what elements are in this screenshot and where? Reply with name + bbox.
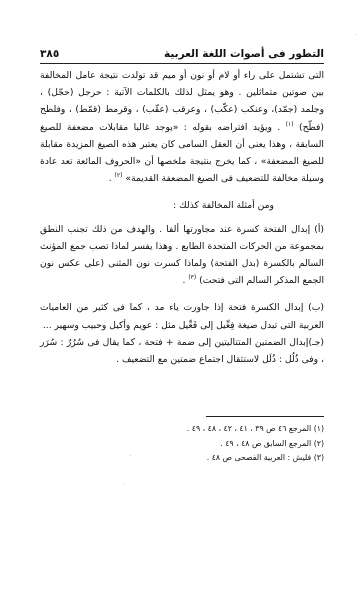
footnote-divider	[206, 416, 324, 417]
running-header: التطور فى أصوات اللغة العربية ٣٨٥	[40, 42, 324, 60]
example-jim: (جـ)إبدال الضمتين المتتاليتين إلى ضمة + …	[40, 334, 324, 368]
example-text: إبدال الضمتين المتتاليتين إلى ضمة + فتحة…	[40, 337, 324, 365]
footnote-3: (٣) فليش : العربية الفصحى ص ٤٨ .	[140, 451, 324, 466]
example-alif: (أ) إبدال الفتحة كسرة عند مجاورتها ألفا …	[40, 221, 324, 290]
header-divider	[40, 63, 324, 64]
scan-speck	[124, 483, 125, 484]
example-label: (ب)	[308, 302, 324, 313]
examples-intro: ومن أمثلة المخالفة كذلك :	[40, 197, 324, 214]
example-text: إبدال الكسرة فتحة إذا جاورت ياء مد ، كما…	[40, 302, 324, 330]
running-header-title: التطور فى أصوات اللغة العربية	[164, 48, 324, 60]
footnote-ref-1: (١)	[286, 121, 294, 128]
footnote-ref-2: (٢)	[115, 172, 123, 179]
paragraph-text-cont: . ويؤيد افتراضه بقوله : «يوجد غالبا مقاب…	[40, 122, 324, 185]
example-label: (أ)	[314, 224, 324, 235]
body-text: التى تشتمل على راء أو لام أو نون أو ميم …	[40, 67, 324, 368]
footnote-ref-3: (٣)	[188, 274, 196, 281]
page-number: ٣٨٥	[40, 48, 59, 60]
scan-speck	[356, 34, 357, 35]
book-page: التطور فى أصوات اللغة العربية ٣٨٥ التى ت…	[0, 0, 364, 599]
scan-speck	[130, 455, 131, 456]
footnote-2: (٢) المرجع السابق ص ٤٨ ، ٤٩ .	[140, 437, 324, 452]
footnotes: (١) المرجع ٤٦ ص ٣٩ ، ٤١ ، ٤٢ ، ٤٨ ، ٤٩ .…	[140, 422, 324, 466]
paragraph-mukhalafa: التى تشتمل على راء أو لام أو نون أو ميم …	[40, 67, 324, 187]
example-label: (جـ)	[308, 337, 324, 348]
example-ba: (ب) إبدال الكسرة فتحة إذا جاورت ياء مد ،…	[40, 299, 324, 333]
footnote-1: (١) المرجع ٤٦ ص ٣٩ ، ٤١ ، ٤٢ ، ٤٨ ، ٤٩ .	[140, 422, 324, 437]
